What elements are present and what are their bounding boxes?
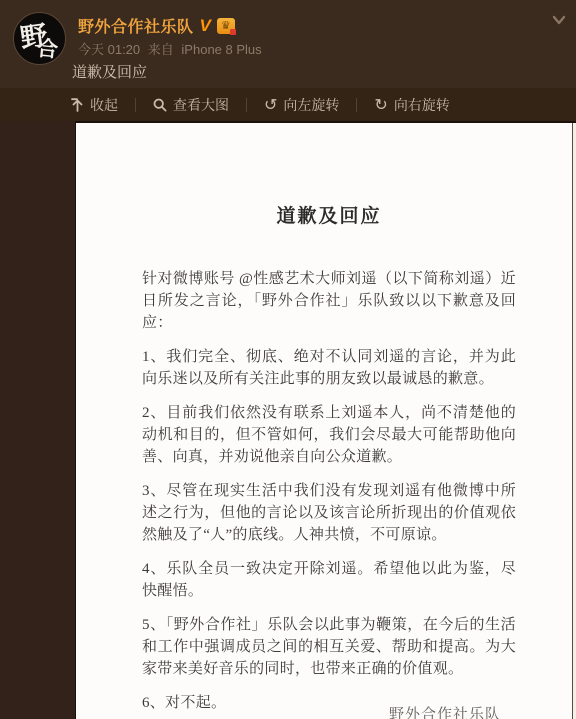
document-paragraph: 4、乐队全员一致决定开除刘遥。希望他以此为鉴，尽快醒悟。 (142, 558, 516, 602)
apology-document: 道歉及回应 针对微博账号 @性感艺术大师刘遥（以下简称刘遥）近日所发之言论，「野… (76, 123, 572, 719)
rotate-left-button[interactable]: ↺ 向左旋转 (264, 95, 339, 115)
verified-v-icon[interactable]: V (200, 17, 211, 34)
view-large-button[interactable]: 查看大图 (153, 95, 229, 115)
collapse-arrow-icon (71, 98, 84, 112)
source-label: 来自 (148, 42, 174, 57)
rotate-right-button[interactable]: ↻ 向右旋转 (374, 95, 449, 115)
magnifier-icon (153, 98, 167, 112)
post-text: 道歉及回应 (72, 61, 147, 82)
post-meta: 今天 01:20 来自 iPhone 8 Plus (78, 39, 266, 58)
apology-document-image[interactable]: 道歉及回应 针对微博账号 @性感艺术大师刘遥（以下简称刘遥）近日所发之言论，「野… (75, 121, 576, 719)
username-link[interactable]: 野外合作社乐队 (78, 14, 194, 37)
document-paragraph: 2、目前我们依然没有联系上刘遥本人，尚不清楚他的动机和目的，但不管如何，我们会尽… (142, 402, 516, 468)
post-timestamp[interactable]: 今天 01:20 (78, 42, 140, 57)
rotate-right-icon: ↻ (374, 97, 387, 113)
chevron-down-icon[interactable] (549, 10, 569, 30)
membership-crown-icon[interactable]: ♛ (217, 18, 235, 34)
source-device-link[interactable]: iPhone 8 Plus (181, 42, 261, 57)
avatar-calligraphy-char: 合 (35, 32, 59, 64)
collapse-label: 收起 (90, 95, 118, 115)
view-large-label: 查看大图 (173, 95, 229, 115)
user-line: 野外合作社乐队 V ♛ (78, 14, 235, 37)
rotate-left-label: 向左旋转 (283, 95, 339, 115)
post-header: 野 合 野外合作社乐队 V ♛ 今天 01:20 来自 iPhone 8 Plu… (0, 0, 576, 88)
avatar[interactable]: 野 合 (13, 12, 66, 65)
rotate-right-label: 向右旋转 (394, 95, 450, 115)
rotate-left-icon: ↺ (264, 97, 277, 113)
toolbar-separator (246, 98, 247, 112)
document-title: 道歉及回应 (142, 201, 516, 228)
document-paragraph: 1、我们完全、彻底、绝对不认同刘遥的言论，并为此向乐迷以及所有关注此事的朋友致以… (142, 346, 516, 390)
document-signature: 野外合作社乐队 (389, 703, 501, 719)
collapse-button[interactable]: 收起 (71, 95, 118, 115)
toolbar-separator (356, 98, 357, 112)
document-paragraph: 针对微博账号 @性感艺术大师刘遥（以下简称刘遥）近日所发之言论，「野外合作社」乐… (142, 268, 516, 334)
document-paragraph: 3、尽管在现实生活中我们没有发现刘遥有他微博中所述之行为，但他的言论以及该言论所… (142, 480, 516, 546)
image-toolbar: 收起 查看大图 ↺ 向左旋转 ↻ 向右旋转 (0, 88, 576, 121)
document-paragraph: 5、「野外合作社」乐队会以此事为鞭策，在今后的生活和工作中强调成员之间的相互关爱… (142, 614, 516, 680)
image-viewer-area: 道歉及回应 针对微博账号 @性感艺术大师刘遥（以下简称刘遥）近日所发之言论，「野… (0, 121, 576, 719)
toolbar-separator (135, 98, 136, 112)
